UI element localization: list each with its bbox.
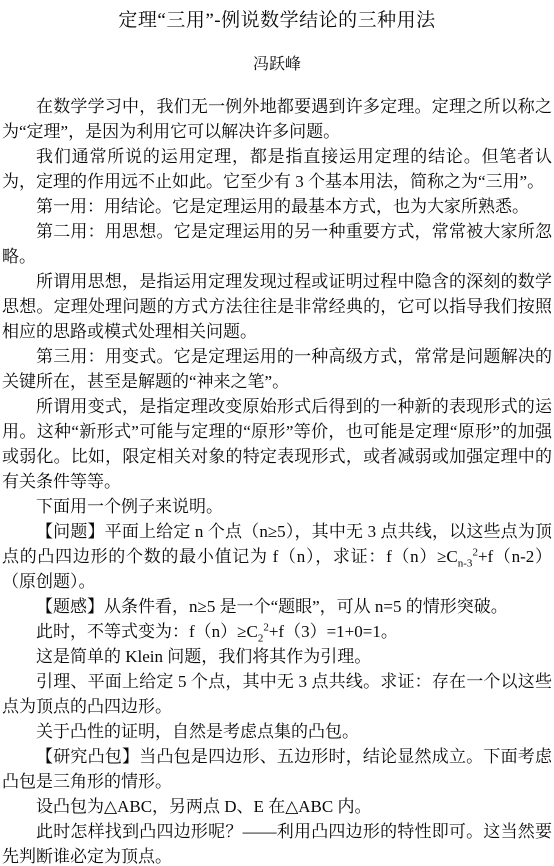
paragraph: 第一用：用结论。它是定理运用的最基本方式，也为大家所熟悉。 <box>2 194 552 219</box>
inequality-paragraph: 此时，不等式变为：f（n）≥C22+f（3）=1+0=1。 <box>2 619 552 644</box>
article-body: 在数学学习中，我们无一例外地都要遇到许多定理。定理之所以称之为“定理”，是因为利… <box>2 94 552 866</box>
author-name: 冯跃峰 <box>2 54 552 76</box>
paragraph: 所谓用变式，是指定理改变原始形式后得到的一种新的表现形式的运用。这种“新形式”可… <box>2 394 552 494</box>
paragraph: 【研究凸包】当凸包是四边形、五边形时，结论显然成立。下面考虑凸包是三角形的情形。 <box>2 744 552 794</box>
paragraph: 这是简单的 Klein 问题，我们将其作为引理。 <box>2 644 552 669</box>
paragraph: 下面用一个例子来说明。 <box>2 494 552 519</box>
lemma-paragraph: 引理、平面上给定 5 个点，其中无 3 点共线。求证：存在一个以这些点为顶点的凸… <box>2 669 552 719</box>
paragraph: 【题感】从条件看，n≥5 是一个“题眼”，可从 n=5 的情形突破。 <box>2 594 552 619</box>
paragraph: 在数学学习中，我们无一例外地都要遇到许多定理。定理之所以称之为“定理”，是因为利… <box>2 94 552 144</box>
paragraph: 我们通常所说的运用定理，都是指直接运用定理的结论。但笔者认为，定理的作用远不止如… <box>2 144 552 194</box>
paragraph: 设凸包为△ABC，另两点 D、E 在△ABC 内。 <box>2 794 552 819</box>
paragraph: 此时怎样找到凸四边形呢？——利用凸四边形的特性即可。这当然要先判断谁必定为顶点。 <box>2 819 552 866</box>
paragraph: 所谓用思想，是指运用定理发现过程或证明过程中隐含的深刻的数学思想。定理处理问题的… <box>2 269 552 344</box>
document-page: 定理“三用”-例说数学结论的三种用法 冯跃峰 在数学学习中，我们无一例外地都要遇… <box>0 0 554 866</box>
paragraph: 第二用：用思想。它是定理运用的另一种重要方式，常常被大家所忽略。 <box>2 219 552 269</box>
problem-paragraph: 【问题】平面上给定 n 个点（n≥5），其中无 3 点共线，以这些点为顶点的凸四… <box>2 519 552 594</box>
paragraph: 关于凸性的证明，自然是考虑点集的凸包。 <box>2 719 552 744</box>
paragraph: 第三用：用变式。它是定理运用的一种高级方式，常常是问题解决的关键所在，甚至是解题… <box>2 344 552 394</box>
page-title: 定理“三用”-例说数学结论的三种用法 <box>2 8 552 34</box>
